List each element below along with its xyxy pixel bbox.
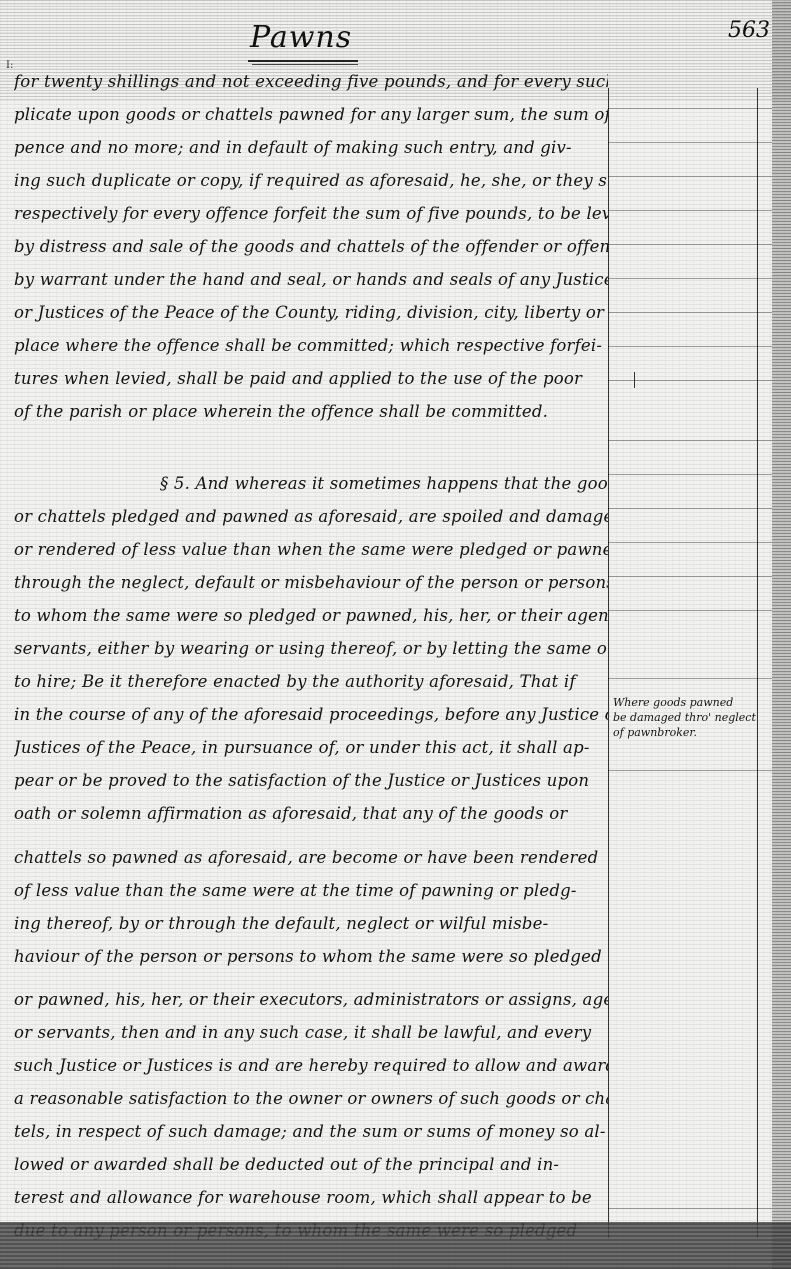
text-line: to hire; Be it therefore enacted by the … bbox=[14, 672, 608, 691]
text-line: ing thereof, by or through the default, … bbox=[14, 914, 608, 933]
column-rule-right bbox=[757, 88, 758, 1238]
rule-line bbox=[608, 142, 772, 143]
scan-noise-bottom bbox=[0, 1222, 791, 1269]
page-number: 563 bbox=[728, 18, 770, 43]
rule-line bbox=[608, 610, 772, 611]
margin-note-line: Where goods pawned bbox=[613, 695, 758, 710]
text-line: pence and no more; and in default of mak… bbox=[14, 138, 608, 157]
rule-line bbox=[608, 176, 772, 177]
text-line: pear or be proved to the satisfaction of… bbox=[14, 771, 608, 790]
text-line: to whom the same were so pledged or pawn… bbox=[14, 606, 608, 625]
rule-line bbox=[608, 678, 772, 679]
text-line: terest and allowance for warehouse room,… bbox=[14, 1188, 608, 1207]
margin-note-line: of pawnbroker. bbox=[613, 725, 758, 740]
rule-line bbox=[608, 278, 772, 279]
rule-line bbox=[608, 542, 772, 543]
margin-note: Where goods pawned be damaged thro' negl… bbox=[613, 695, 758, 740]
rule-line bbox=[608, 312, 772, 313]
manuscript-page: Pawns 563 I: for twenty shillings and no… bbox=[0, 0, 791, 1269]
text-line: or rendered of less value than when the … bbox=[14, 540, 608, 559]
text-line: through the neglect, default or misbehav… bbox=[14, 573, 608, 592]
rule-line bbox=[608, 474, 772, 475]
text-line: respectively for every offence forfeit t… bbox=[14, 204, 608, 223]
text-line: or Justices of the Peace of the County, … bbox=[14, 303, 608, 322]
text-line: tels, in respect of such damage; and the… bbox=[14, 1122, 608, 1141]
scan-edge-right bbox=[772, 0, 791, 1269]
text-line: a reasonable satisfaction to the owner o… bbox=[14, 1089, 608, 1108]
margin-note-line: be damaged thro' neglect bbox=[613, 710, 758, 725]
section-heading-line: § 5. And whereas it sometimes happens th… bbox=[14, 474, 608, 493]
text-line: such Justice or Justices is and are here… bbox=[14, 1056, 608, 1075]
rule-line bbox=[608, 210, 772, 211]
rule-line bbox=[608, 508, 772, 509]
text-line: Justices of the Peace, in pursuance of, … bbox=[14, 738, 608, 757]
text-line: lowed or awarded shall be deducted out o… bbox=[14, 1155, 608, 1174]
text-line: place where the offence shall be committ… bbox=[14, 336, 608, 355]
text-line: ing such duplicate or copy, if required … bbox=[14, 171, 608, 190]
rule-line bbox=[608, 440, 772, 441]
text-line: or servants, then and in any such case, … bbox=[14, 1023, 608, 1042]
text-line: or chattels pledged and pawned as afores… bbox=[14, 507, 608, 526]
text-line: haviour of the person or persons to whom… bbox=[14, 947, 608, 966]
rule-line bbox=[608, 346, 772, 347]
text-line: by distress and sale of the goods and ch… bbox=[14, 237, 608, 256]
rule-line bbox=[608, 770, 772, 771]
title-underline bbox=[248, 60, 358, 62]
text-line: oath or solemn affirmation as aforesaid,… bbox=[14, 804, 608, 823]
rule-line bbox=[608, 244, 772, 245]
text-line: of less value than the same were at the … bbox=[14, 881, 608, 900]
text-line: in the course of any of the aforesaid pr… bbox=[14, 705, 608, 724]
margin-tick-mark bbox=[634, 372, 635, 388]
text-line: or pawned, his, her, or their executors,… bbox=[14, 990, 608, 1009]
text-line: tures when levied, shall be paid and app… bbox=[14, 369, 608, 388]
text-line: servants, either by wearing or using the… bbox=[14, 639, 608, 658]
text-line: for twenty shillings and not exceeding f… bbox=[14, 72, 608, 91]
page-title: Pawns bbox=[250, 20, 352, 55]
rule-line bbox=[608, 1208, 772, 1209]
rule-line bbox=[608, 380, 772, 381]
left-margin-marks: I: bbox=[6, 60, 13, 71]
text-line: plicate upon goods or chattels pawned fo… bbox=[14, 105, 608, 124]
text-line: chattels so pawned as aforesaid, are bec… bbox=[14, 848, 608, 867]
column-rule-main bbox=[608, 88, 609, 1238]
title-underline-double bbox=[252, 64, 358, 65]
text-line: by warrant under the hand and seal, or h… bbox=[14, 270, 608, 289]
rule-line bbox=[608, 576, 772, 577]
text-line: of the parish or place wherein the offen… bbox=[14, 402, 608, 421]
rule-line bbox=[608, 108, 772, 109]
